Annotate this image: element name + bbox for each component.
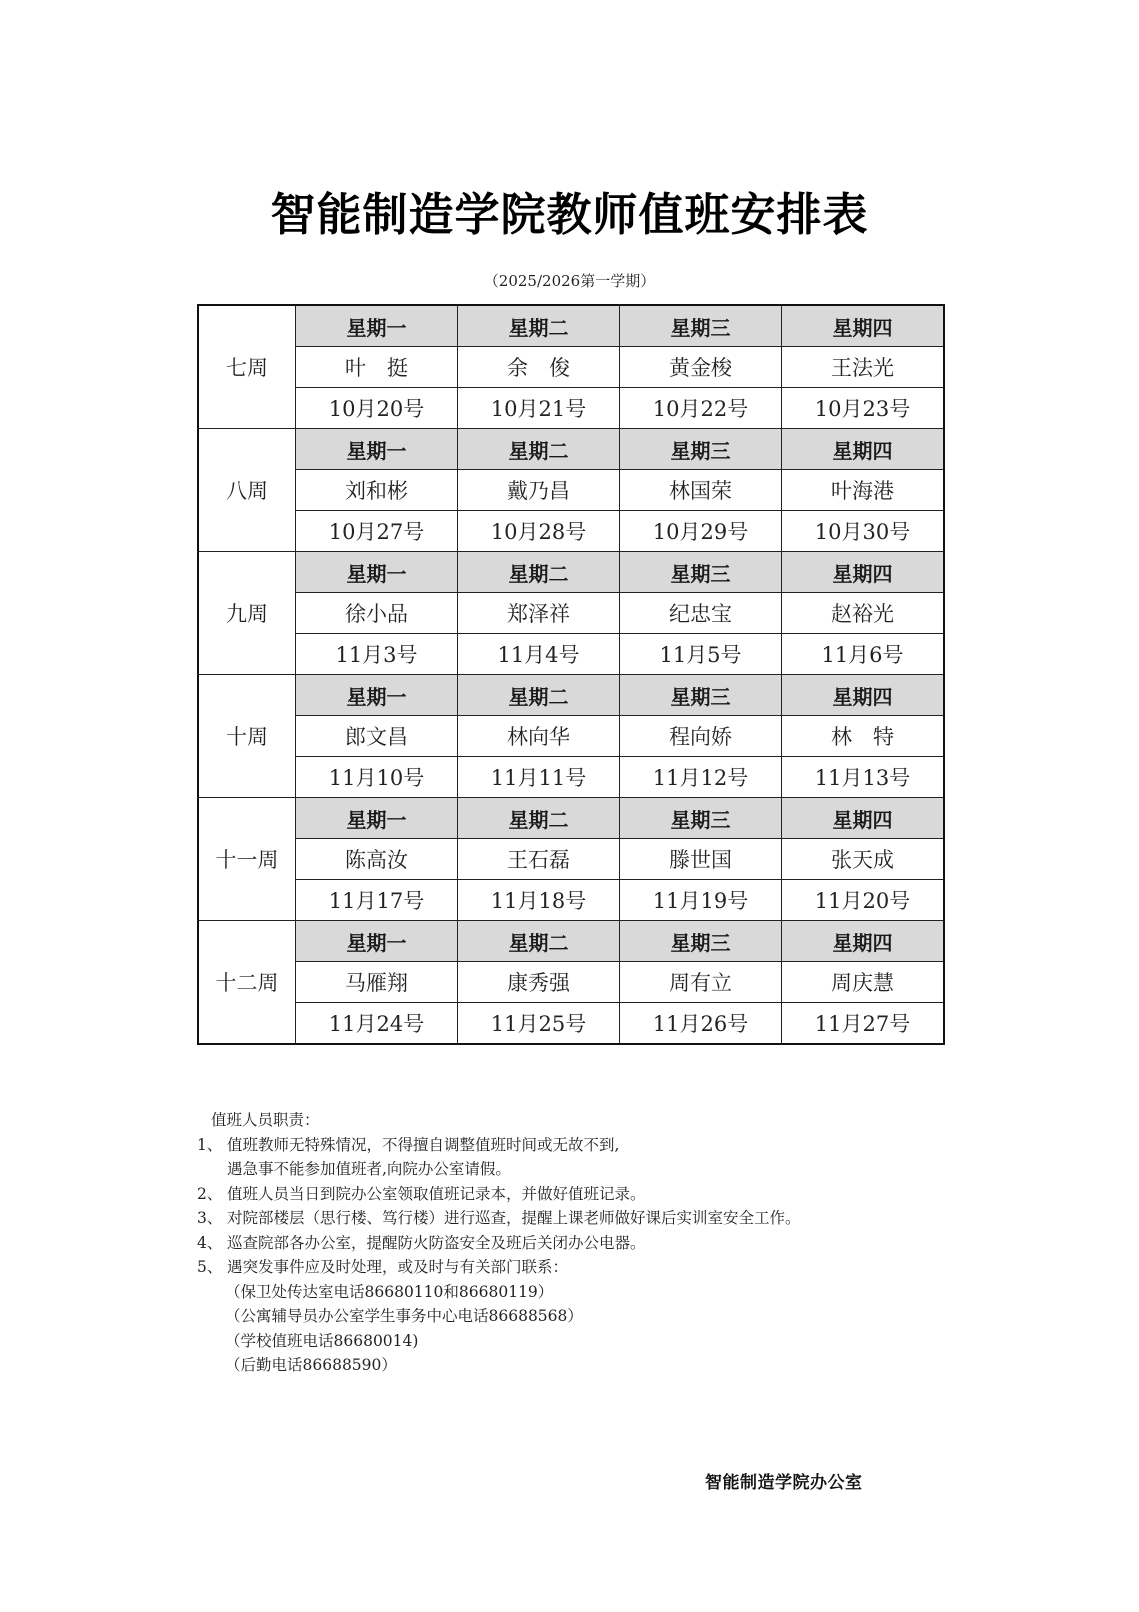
duty-date: 11月27号 <box>782 1003 945 1045</box>
teacher-name: 陈高汝 <box>296 839 458 880</box>
date-row: 11月10号11月11号11月12号11月13号 <box>198 757 944 798</box>
weekday-header: 星期四 <box>782 552 945 593</box>
date-row: 11月17号11月18号11月19号11月20号 <box>198 880 944 921</box>
duty-number: 2、 <box>197 1182 227 1207</box>
office-signature: 智能制造学院办公室 <box>705 1468 863 1493</box>
duty-date: 11月18号 <box>458 880 620 921</box>
week-label: 八周 <box>198 429 296 552</box>
duty-date: 10月20号 <box>296 388 458 429</box>
teacher-name: 郎文昌 <box>296 716 458 757</box>
teacher-name: 叶海港 <box>782 470 945 511</box>
date-row: 11月3号11月4号11月5号11月6号 <box>198 634 944 675</box>
weekday-header: 星期二 <box>458 798 620 839</box>
weekday-header: 星期四 <box>782 429 945 470</box>
teacher-row: 郎文昌林向华程向娇林 特 <box>198 716 944 757</box>
date-row: 11月24号11月25号11月26号11月27号 <box>198 1003 944 1045</box>
semester-subtitle: （2025/2026第一学期） <box>0 270 1139 291</box>
duty-date: 11月26号 <box>620 1003 782 1045</box>
weekday-header: 星期二 <box>458 675 620 716</box>
weekday-header: 星期一 <box>296 305 458 347</box>
teacher-name: 徐小品 <box>296 593 458 634</box>
duty-date: 10月23号 <box>782 388 945 429</box>
duty-responsibilities: 值班人员职责： 1、 值班教师无特殊情况，不得擅自调整值班时间或无故不到, 遇急… <box>197 1108 801 1378</box>
duty-number: 3、 <box>197 1206 227 1231</box>
teacher-row: 叶 挺余 俊黄金梭王法光 <box>198 347 944 388</box>
duty-date: 11月5号 <box>620 634 782 675</box>
duty-date: 11月12号 <box>620 757 782 798</box>
duty-date: 10月21号 <box>458 388 620 429</box>
duty-number: 1、 <box>197 1133 227 1158</box>
weekday-header: 星期一 <box>296 921 458 962</box>
teacher-name: 林 特 <box>782 716 945 757</box>
duty-text: 值班教师无特殊情况，不得擅自调整值班时间或无故不到, <box>227 1133 619 1158</box>
contact-school-duty: （学校值班电话86680014) <box>197 1329 801 1354</box>
page-title: 智能制造学院教师值班安排表 <box>0 178 1139 243</box>
duty-item-4: 4、 巡查院部各办公室，提醒防火防盗安全及班后关闭办公电器。 <box>197 1231 801 1256</box>
duty-date: 10月30号 <box>782 511 945 552</box>
teacher-name: 郑泽祥 <box>458 593 620 634</box>
duty-number: 5、 <box>197 1255 227 1280</box>
duty-item-1: 1、 值班教师无特殊情况，不得擅自调整值班时间或无故不到, <box>197 1133 801 1158</box>
weekday-header: 星期四 <box>782 675 945 716</box>
weekday-header-row: 九周星期一星期二星期三星期四 <box>198 552 944 593</box>
teacher-name: 纪忠宝 <box>620 593 782 634</box>
teacher-name: 黄金梭 <box>620 347 782 388</box>
week-label: 十一周 <box>198 798 296 921</box>
duty-text: 对院部楼层（思行楼、笃行楼）进行巡查，提醒上课老师做好课后实训室安全工作。 <box>227 1206 801 1231</box>
week-label: 七周 <box>198 305 296 429</box>
duty-date: 11月17号 <box>296 880 458 921</box>
duty-date: 11月10号 <box>296 757 458 798</box>
teacher-row: 徐小品郑泽祥纪忠宝赵裕光 <box>198 593 944 634</box>
contact-logistics: （后勤电话86688590） <box>197 1353 801 1378</box>
duty-date: 10月28号 <box>458 511 620 552</box>
weekday-header: 星期二 <box>458 552 620 593</box>
weekday-header: 星期一 <box>296 429 458 470</box>
weekday-header-row: 七周星期一星期二星期三星期四 <box>198 305 944 347</box>
weekday-header: 星期三 <box>620 552 782 593</box>
teacher-name: 王法光 <box>782 347 945 388</box>
weekday-header: 星期三 <box>620 921 782 962</box>
duty-date: 10月22号 <box>620 388 782 429</box>
weekday-header: 星期三 <box>620 305 782 347</box>
teacher-name: 张天成 <box>782 839 945 880</box>
weekday-header: 星期一 <box>296 675 458 716</box>
weekday-header: 星期一 <box>296 798 458 839</box>
teacher-row: 陈高汝王石磊滕世国张天成 <box>198 839 944 880</box>
weekday-header: 星期二 <box>458 429 620 470</box>
teacher-name: 林国荣 <box>620 470 782 511</box>
weekday-header: 星期二 <box>458 305 620 347</box>
week-label: 十二周 <box>198 921 296 1045</box>
weekday-header: 星期三 <box>620 429 782 470</box>
duty-text: 值班人员当日到院办公室领取值班记录本，并做好值班记录。 <box>227 1182 646 1207</box>
contact-security: （保卫处传达室电话86680110和86680119） <box>197 1280 801 1305</box>
week-label: 十周 <box>198 675 296 798</box>
teacher-row: 刘和彬戴乃昌林国荣叶海港 <box>198 470 944 511</box>
duty-date: 11月4号 <box>458 634 620 675</box>
duties-heading: 值班人员职责： <box>197 1108 801 1133</box>
teacher-name: 康秀强 <box>458 962 620 1003</box>
duty-item-3: 3、 对院部楼层（思行楼、笃行楼）进行巡查，提醒上课老师做好课后实训室安全工作。 <box>197 1206 801 1231</box>
weekday-header: 星期一 <box>296 552 458 593</box>
duty-date: 11月11号 <box>458 757 620 798</box>
weekday-header: 星期四 <box>782 798 945 839</box>
teacher-name: 戴乃昌 <box>458 470 620 511</box>
duty-item-5: 5、 遇突发事件应及时处理，或及时与有关部门联系： <box>197 1255 801 1280</box>
weekday-header: 星期三 <box>620 675 782 716</box>
duty-date: 11月20号 <box>782 880 945 921</box>
duty-date: 11月3号 <box>296 634 458 675</box>
duty-date: 11月6号 <box>782 634 945 675</box>
duty-text: 巡查院部各办公室，提醒防火防盗安全及班后关闭办公电器。 <box>227 1231 646 1256</box>
teacher-name: 林向华 <box>458 716 620 757</box>
week-label: 九周 <box>198 552 296 675</box>
duty-date: 11月19号 <box>620 880 782 921</box>
teacher-name: 周庆慧 <box>782 962 945 1003</box>
duty-date: 11月25号 <box>458 1003 620 1045</box>
weekday-header: 星期四 <box>782 305 945 347</box>
weekday-header-row: 十二周星期一星期二星期三星期四 <box>198 921 944 962</box>
duty-schedule-table: 七周星期一星期二星期三星期四叶 挺余 俊黄金梭王法光10月20号10月21号10… <box>197 304 945 1045</box>
duty-date: 10月27号 <box>296 511 458 552</box>
teacher-name: 马雁翔 <box>296 962 458 1003</box>
weekday-header-row: 十周星期一星期二星期三星期四 <box>198 675 944 716</box>
teacher-name: 刘和彬 <box>296 470 458 511</box>
weekday-header: 星期二 <box>458 921 620 962</box>
date-row: 10月27号10月28号10月29号10月30号 <box>198 511 944 552</box>
duty-date: 10月29号 <box>620 511 782 552</box>
duty-text: 遇突发事件应及时处理，或及时与有关部门联系： <box>227 1255 568 1280</box>
teacher-name: 余 俊 <box>458 347 620 388</box>
duty-date: 11月24号 <box>296 1003 458 1045</box>
duty-item-2: 2、 值班人员当日到院办公室领取值班记录本，并做好值班记录。 <box>197 1182 801 1207</box>
weekday-header: 星期三 <box>620 798 782 839</box>
weekday-header: 星期四 <box>782 921 945 962</box>
weekday-header-row: 十一周星期一星期二星期三星期四 <box>198 798 944 839</box>
duty-item-1-continuation: 遇急事不能参加值班者,向院办公室请假。 <box>197 1157 801 1182</box>
duty-date: 11月13号 <box>782 757 945 798</box>
teacher-name: 叶 挺 <box>296 347 458 388</box>
date-row: 10月20号10月21号10月22号10月23号 <box>198 388 944 429</box>
teacher-name: 赵裕光 <box>782 593 945 634</box>
teacher-name: 王石磊 <box>458 839 620 880</box>
contact-dormitory: （公寓辅导员办公室学生事务中心电话86688568） <box>197 1304 801 1329</box>
teacher-row: 马雁翔康秀强周有立周庆慧 <box>198 962 944 1003</box>
teacher-name: 程向娇 <box>620 716 782 757</box>
weekday-header-row: 八周星期一星期二星期三星期四 <box>198 429 944 470</box>
teacher-name: 周有立 <box>620 962 782 1003</box>
teacher-name: 滕世国 <box>620 839 782 880</box>
duty-number: 4、 <box>197 1231 227 1256</box>
